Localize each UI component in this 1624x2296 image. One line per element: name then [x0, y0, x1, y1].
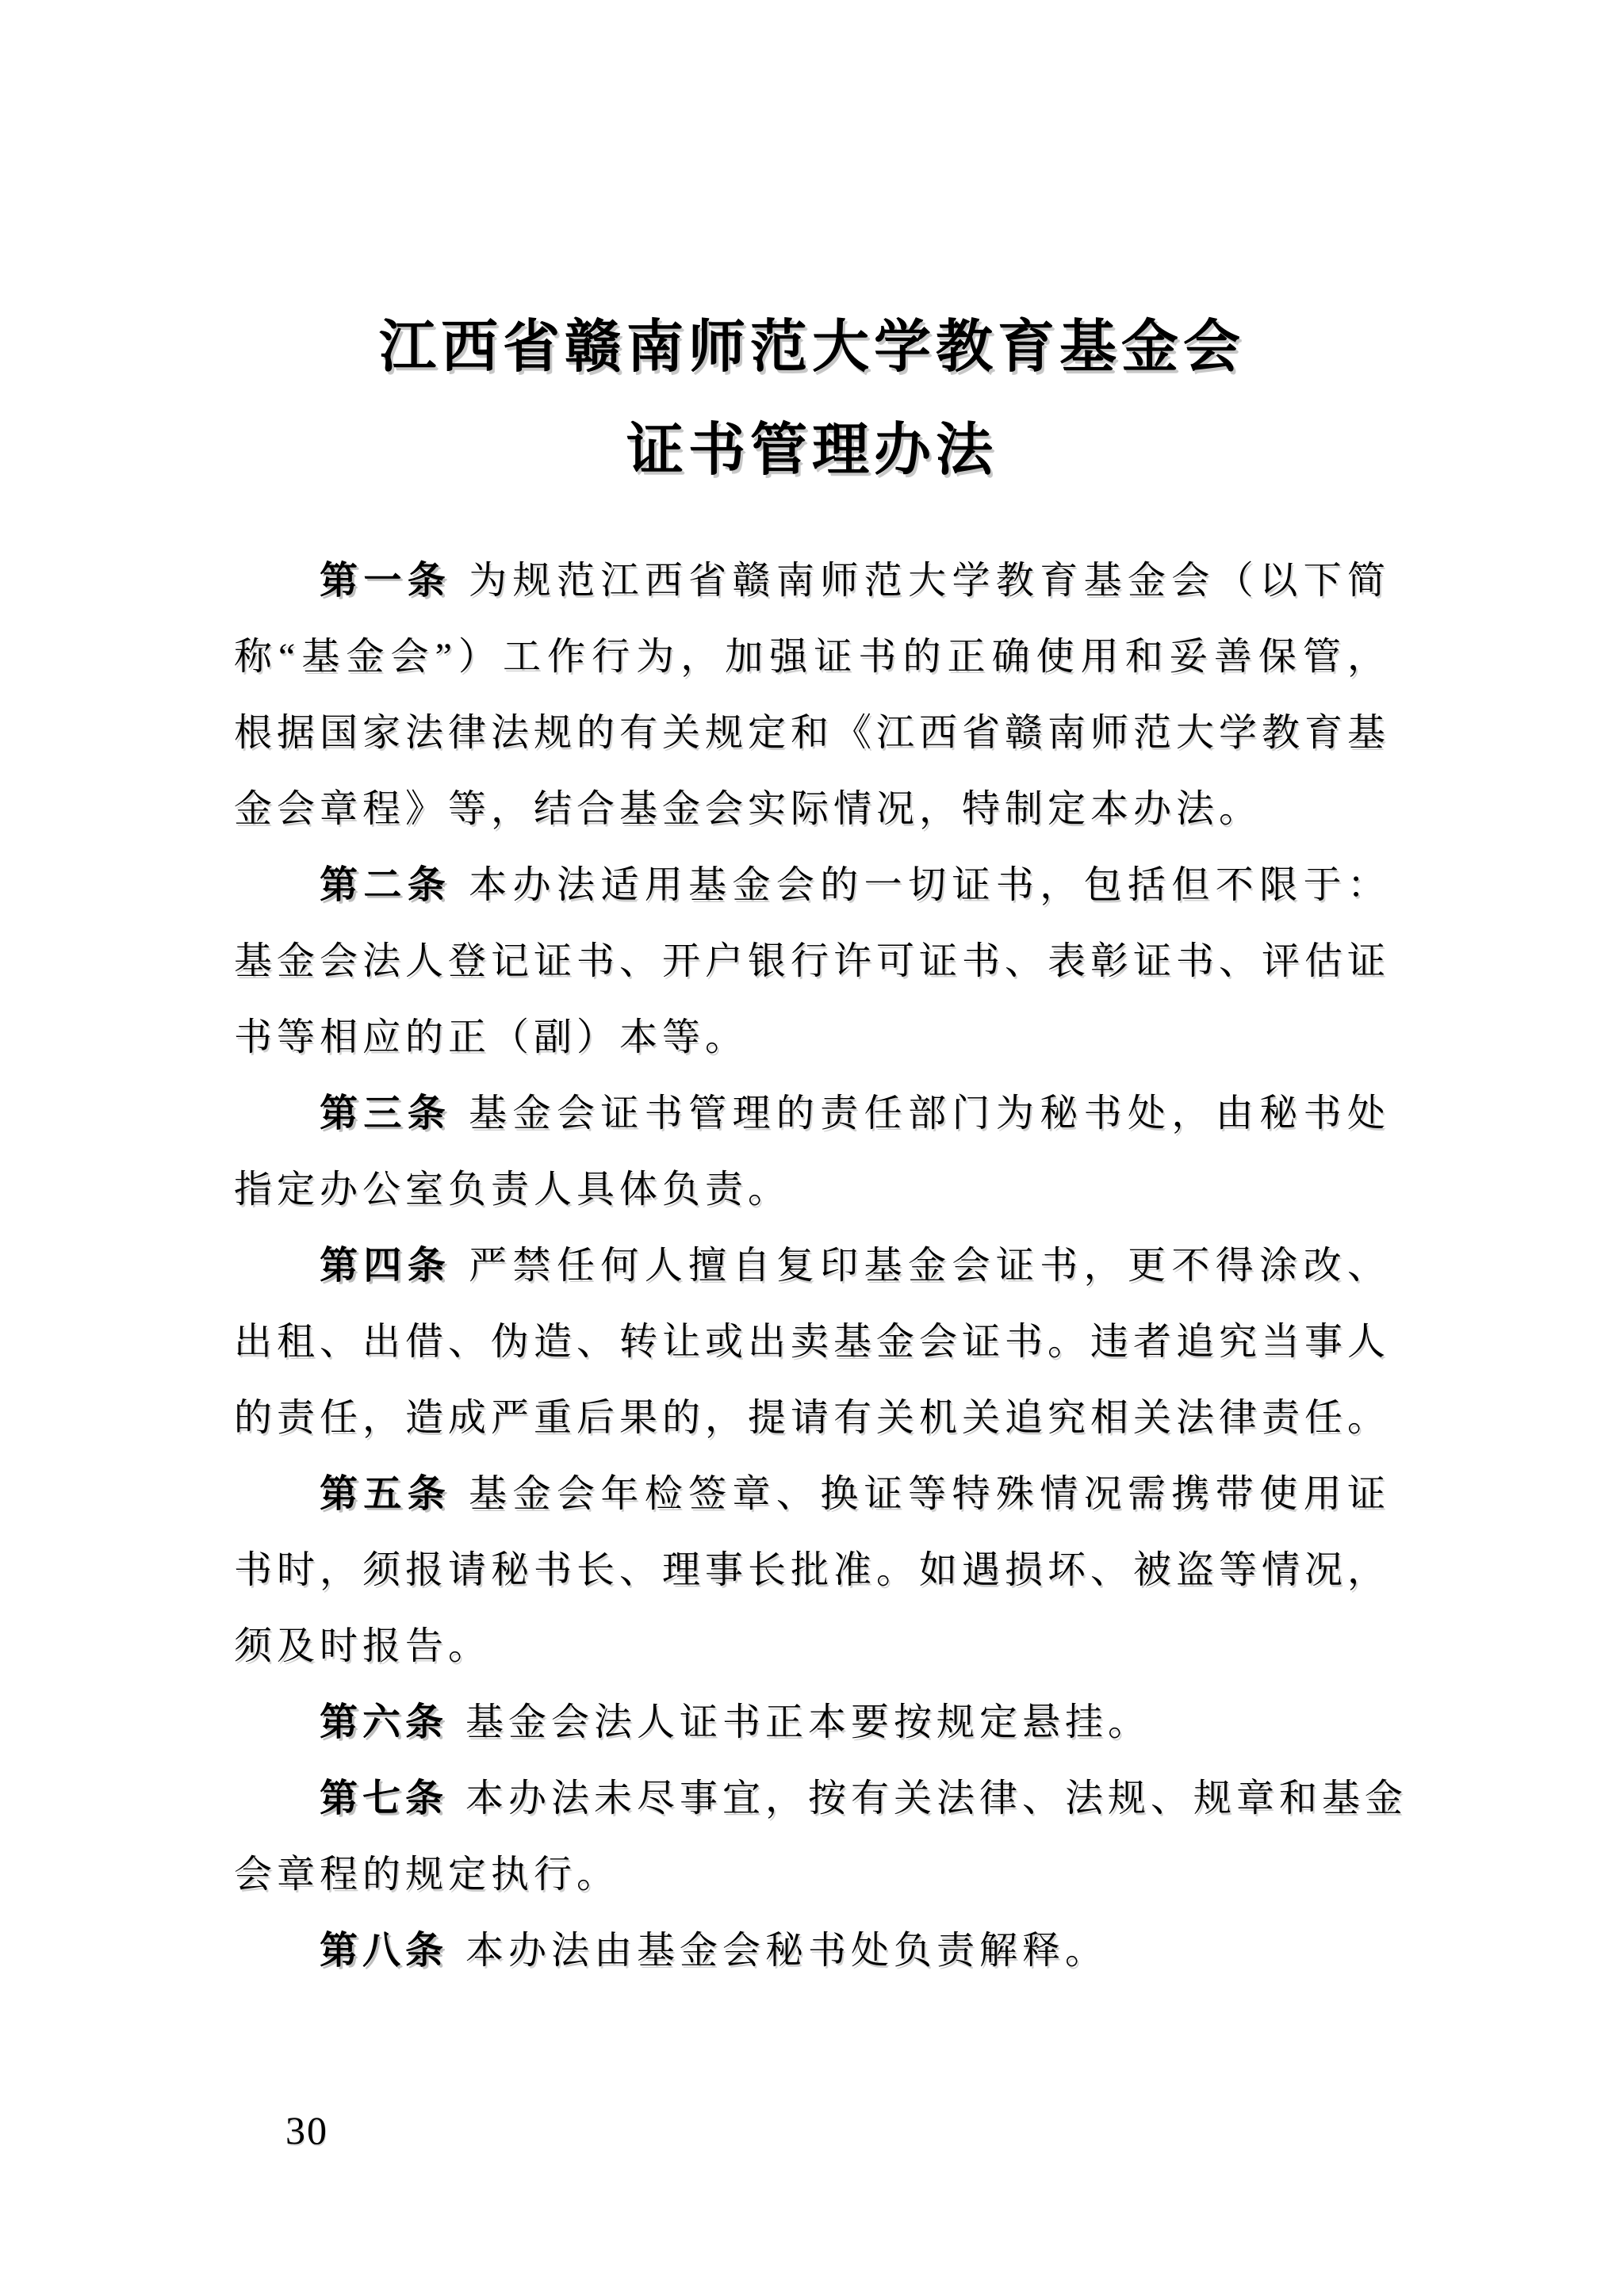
article-label: 第六条 [320, 1701, 448, 1743]
article-6: 第六条基金会法人证书正本要按规定悬挂。 [234, 1685, 1390, 1761]
article-line-text: 基金会证书管理的责任部门为秘书处，由秘书处 [469, 1093, 1390, 1135]
article-line: 第五条基金会年检签章、换证等特殊情况需携带使用证 [234, 1456, 1390, 1533]
article-line: 第一条为规范江西省赣南师范大学教育基金会（以下简 [234, 543, 1390, 619]
article-line-text: 本办法适用基金会的一切证书，包括但不限于： [469, 864, 1390, 906]
article-line-text: 指定办公室负责人具体负责。 [234, 1169, 791, 1211]
articles-container: 第一条为规范江西省赣南师范大学教育基金会（以下简称“基金会”）工作行为，加强证书… [234, 543, 1390, 1989]
title-line-2: 证书管理办法 [234, 399, 1390, 502]
article-line-text: 的责任，造成严重后果的，提请有关机关追究相关法律责任。 [234, 1397, 1390, 1439]
article-7: 第七条本办法未尽事宜，按有关法律、法规、规章和基金会章程的规定执行。 [234, 1761, 1390, 1913]
article-line-text: 为规范江西省赣南师范大学教育基金会（以下简 [469, 560, 1390, 602]
article-line-text: 本办法由基金会秘书处负责解释。 [465, 1930, 1108, 1972]
title-line-1: 江西省赣南师范大学教育基金会 [234, 296, 1390, 399]
article-line: 第八条本办法由基金会秘书处负责解释。 [234, 1913, 1390, 1989]
article-5: 第五条基金会年检签章、换证等特殊情况需携带使用证书时，须报请秘书长、理事长批准。… [234, 1456, 1390, 1685]
article-4: 第四条严禁任何人擅自复印基金会证书，更不得涂改、出租、出借、伪造、转让或出卖基金… [234, 1228, 1390, 1456]
article-line: 金会章程》等，结合基金会实际情况，特制定本办法。 [234, 771, 1390, 848]
article-3: 第三条基金会证书管理的责任部门为秘书处，由秘书处指定办公室负责人具体负责。 [234, 1076, 1390, 1228]
article-line: 须及时报告。 [234, 1609, 1390, 1685]
article-line-text: 严禁任何人擅自复印基金会证书，更不得涂改、 [469, 1245, 1390, 1287]
article-line-text: 根据国家法律法规的有关规定和《江西省赣南师范大学教育基 [234, 712, 1390, 754]
article-line-text: 本办法未尽事宜，按有关法律、法规、规章和基金 [465, 1777, 1408, 1820]
article-line: 书时，须报请秘书长、理事长批准。如遇损坏、被盗等情况， [234, 1533, 1390, 1609]
article-line: 会章程的规定执行。 [234, 1837, 1390, 1913]
document-title: 江西省赣南师范大学教育基金会 证书管理办法 [234, 296, 1390, 502]
article-line: 第六条基金会法人证书正本要按规定悬挂。 [234, 1685, 1390, 1761]
article-line-text: 基金会法人登记证书、开户银行许可证书、表彰证书、评估证 [234, 940, 1390, 982]
article-line-text: 须及时报告。 [234, 1625, 491, 1667]
article-label: 第一条 [320, 560, 451, 602]
article-2: 第二条本办法适用基金会的一切证书，包括但不限于：基金会法人登记证书、开户银行许可… [234, 848, 1390, 1076]
article-label: 第三条 [320, 1093, 451, 1135]
article-line: 称“基金会”）工作行为，加强证书的正确使用和妥善保管， [234, 619, 1390, 695]
document-page: 江西省赣南师范大学教育基金会 证书管理办法 第一条为规范江西省赣南师范大学教育基… [0, 0, 1624, 2296]
article-label: 第四条 [320, 1245, 451, 1287]
article-line-text: 会章程的规定执行。 [234, 1854, 619, 1896]
article-line-text: 称“基金会”）工作行为，加强证书的正确使用和妥善保管， [234, 636, 1390, 678]
page-number: 30 [285, 2110, 328, 2150]
article-line-text: 金会章程》等，结合基金会实际情况，特制定本办法。 [234, 788, 1262, 830]
article-line: 第二条本办法适用基金会的一切证书，包括但不限于： [234, 848, 1390, 924]
article-label: 第二条 [320, 864, 451, 906]
article-8: 第八条本办法由基金会秘书处负责解释。 [234, 1913, 1390, 1989]
article-line: 基金会法人登记证书、开户银行许可证书、表彰证书、评估证 [234, 924, 1390, 1000]
article-label: 第八条 [320, 1930, 448, 1972]
article-line: 第七条本办法未尽事宜，按有关法律、法规、规章和基金 [234, 1761, 1390, 1837]
article-line: 第四条严禁任何人擅自复印基金会证书，更不得涂改、 [234, 1228, 1390, 1304]
article-line-text: 基金会年检签章、换证等特殊情况需携带使用证 [469, 1473, 1390, 1515]
article-line: 的责任，造成严重后果的，提请有关机关追究相关法律责任。 [234, 1380, 1390, 1456]
article-1: 第一条为规范江西省赣南师范大学教育基金会（以下简称“基金会”）工作行为，加强证书… [234, 543, 1390, 848]
article-line-text: 书等相应的正（副）本等。 [234, 1016, 748, 1058]
article-label: 第七条 [320, 1777, 448, 1820]
article-line-text: 书时，须报请秘书长、理事长批准。如遇损坏、被盗等情况， [234, 1549, 1390, 1591]
article-label: 第五条 [320, 1473, 451, 1515]
article-line-text: 基金会法人证书正本要按规定悬挂。 [465, 1701, 1151, 1743]
article-line-text: 出租、出借、伪造、转让或出卖基金会证书。违者追究当事人 [234, 1321, 1390, 1363]
article-line: 出租、出借、伪造、转让或出卖基金会证书。违者追究当事人 [234, 1304, 1390, 1380]
article-line: 根据国家法律法规的有关规定和《江西省赣南师范大学教育基 [234, 695, 1390, 771]
article-line: 指定办公室负责人具体负责。 [234, 1152, 1390, 1228]
article-line: 书等相应的正（副）本等。 [234, 1000, 1390, 1076]
article-line: 第三条基金会证书管理的责任部门为秘书处，由秘书处 [234, 1076, 1390, 1152]
